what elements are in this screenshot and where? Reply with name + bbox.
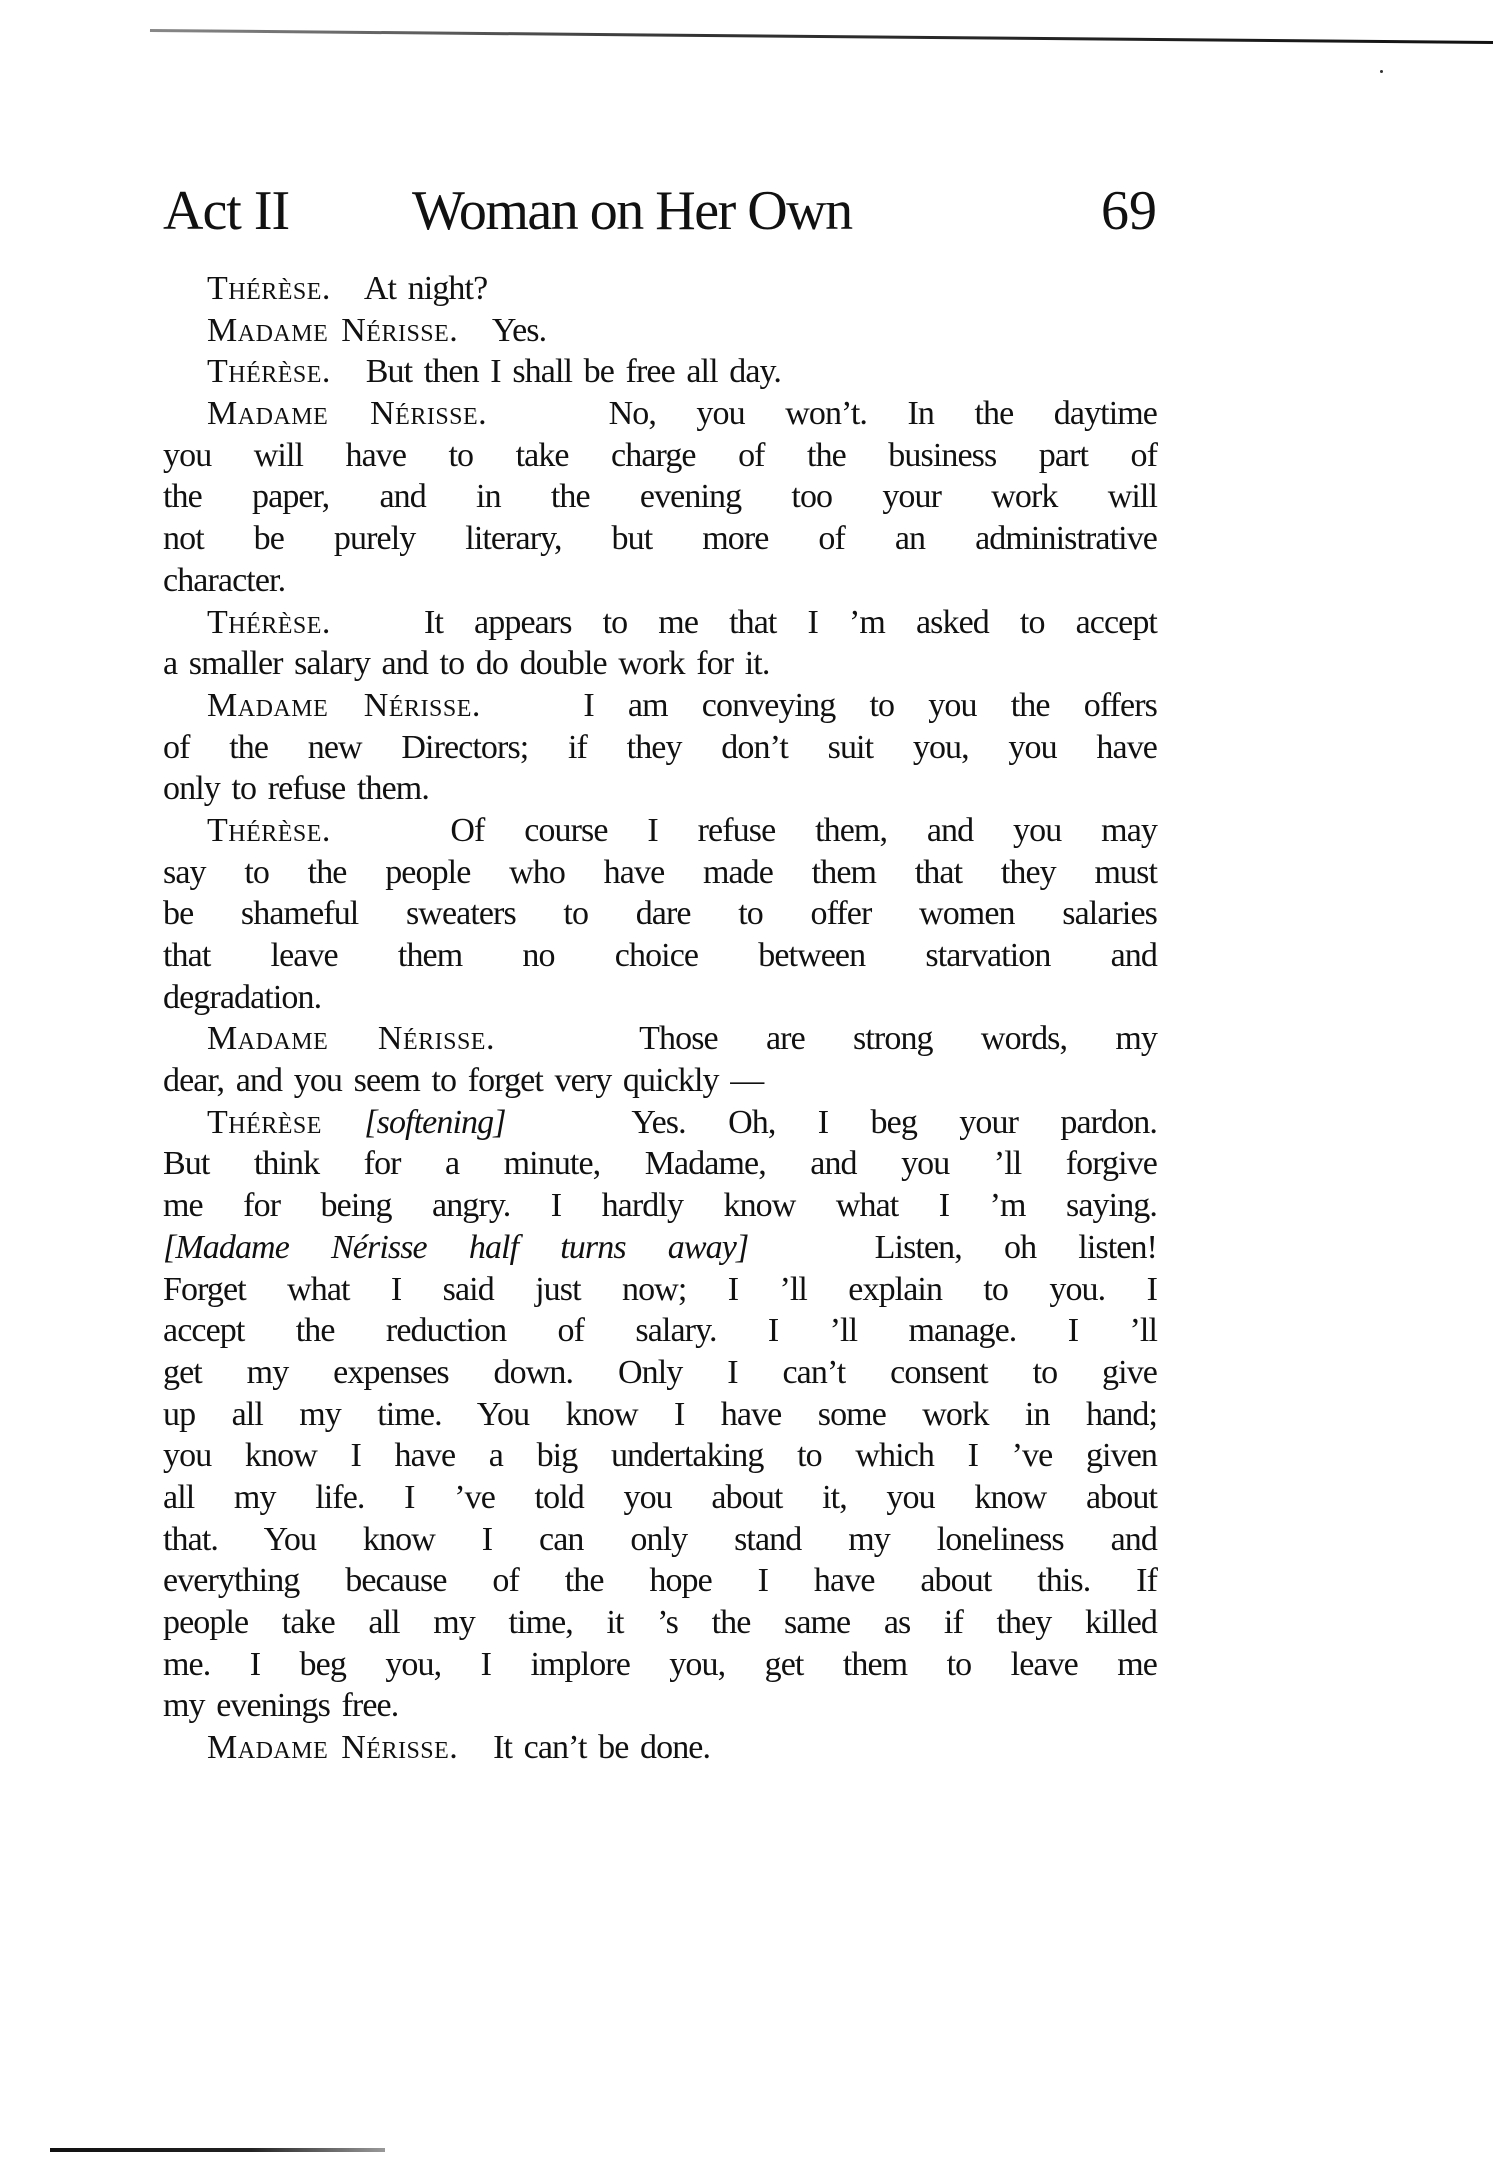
stage-direction: [Madame Nérisse half turns away] bbox=[163, 1229, 748, 1266]
dialogue-line: me for being angry. I hardly know what I… bbox=[163, 1185, 1157, 1227]
page-number: 69 bbox=[1101, 180, 1157, 242]
dialogue-line: Thérèse. At night? bbox=[163, 268, 1157, 310]
dialogue-line: Thérèse. But then I shall be free all da… bbox=[163, 351, 1157, 393]
dialogue-line: Madame Nérisse. I am conveying to you th… bbox=[163, 685, 1157, 727]
dialogue-line: you know I have a big undertaking to whi… bbox=[163, 1435, 1157, 1477]
dialogue-line: say to the people who have made them tha… bbox=[163, 852, 1157, 894]
dialogue-line: that leave them no choice between starva… bbox=[163, 935, 1157, 977]
dialogue-line: accept the reduction of salary. I ’ll ma… bbox=[163, 1310, 1157, 1352]
speaker-name: Madame Nérisse. bbox=[207, 312, 458, 349]
dialogue-line: you will have to take charge of the busi… bbox=[163, 435, 1157, 477]
dialogue-line: a smaller salary and to do double work f… bbox=[163, 643, 1157, 685]
stage-direction: [softening] bbox=[364, 1104, 505, 1141]
dialogue-line: character. bbox=[163, 560, 1157, 602]
speaker-name: Madame Nérisse. bbox=[207, 1020, 495, 1057]
dialogue-text: Thérèse. At night? Madame Nérisse. Yes. … bbox=[163, 268, 1157, 1769]
dialogue-line: people take all my time, it ’s the same … bbox=[163, 1602, 1157, 1644]
dialogue-line: my evenings free. bbox=[163, 1685, 1157, 1727]
dialogue-line: [Madame Nérisse half turns away] Listen,… bbox=[163, 1227, 1157, 1269]
dialogue-line: Forget what I said just now; I ’ll expla… bbox=[163, 1269, 1157, 1311]
dialogue-line: Thérèse. It appears to me that I ’m aske… bbox=[163, 602, 1157, 644]
scan-edge-rule-top bbox=[150, 29, 1493, 44]
speech-text: Yes. Oh, I beg your pardon. bbox=[631, 1104, 1157, 1141]
speech-text: Of course I refuse them, and you may bbox=[450, 812, 1157, 849]
dialogue-line: Thérèse [softening] Yes. Oh, I beg your … bbox=[163, 1102, 1157, 1144]
speech-text: It can’t be done. bbox=[493, 1729, 710, 1766]
dialogue-line: dear, and you seem to forget very quickl… bbox=[163, 1060, 1157, 1102]
scan-edge-rule-bottom bbox=[50, 2148, 385, 2152]
dialogue-line: only to refuse them. bbox=[163, 768, 1157, 810]
speech-text: It appears to me that I ’m asked to acce… bbox=[424, 604, 1157, 641]
speech-text: At night? bbox=[364, 270, 487, 307]
play-title: Woman on Her Own bbox=[412, 180, 852, 242]
dialogue-line: degradation. bbox=[163, 977, 1157, 1019]
running-head: Act II Woman on Her Own 69 bbox=[163, 180, 1157, 242]
speaker-name: Thérèse. bbox=[207, 604, 331, 641]
speaker-name: Thérèse. bbox=[207, 270, 331, 307]
speaker-name: Thérèse bbox=[207, 1104, 322, 1141]
speech-text: But then I shall be free all day. bbox=[366, 353, 781, 390]
act-label: Act II bbox=[163, 180, 289, 242]
speaker-name: Madame Nérisse. bbox=[207, 687, 481, 724]
dialogue-line: up all my time. You know I have some wor… bbox=[163, 1394, 1157, 1436]
dialogue-line: not be purely literary, but more of an a… bbox=[163, 518, 1157, 560]
speaker-name: Thérèse. bbox=[207, 812, 331, 849]
speech-text: I am conveying to you the offers bbox=[583, 687, 1157, 724]
dialogue-line: that. You know I can only stand my lonel… bbox=[163, 1519, 1157, 1561]
dialogue-line: But think for a minute, Madame, and you … bbox=[163, 1143, 1157, 1185]
dialogue-line: of the new Directors; if they don’t suit… bbox=[163, 727, 1157, 769]
speaker-name: Madame Nérisse. bbox=[207, 1729, 458, 1766]
dialogue-line: me. I beg you, I implore you, get them t… bbox=[163, 1644, 1157, 1686]
scan-speck bbox=[1380, 70, 1383, 73]
dialogue-line: Madame Nérisse. Those are strong words, … bbox=[163, 1018, 1157, 1060]
dialogue-line: get my expenses down. Only I can’t conse… bbox=[163, 1352, 1157, 1394]
dialogue-line: be shameful sweaters to dare to offer wo… bbox=[163, 893, 1157, 935]
speech-text: No, you won’t. In the daytime bbox=[609, 395, 1157, 432]
speech-text: Listen, oh listen! bbox=[875, 1229, 1157, 1266]
speech-text: Those are strong words, my bbox=[639, 1020, 1157, 1057]
dialogue-line: all my life. I ’ve told you about it, yo… bbox=[163, 1477, 1157, 1519]
dialogue-line: everything because of the hope I have ab… bbox=[163, 1560, 1157, 1602]
speaker-name: Thérèse. bbox=[207, 353, 331, 390]
dialogue-line: the paper, and in the evening too your w… bbox=[163, 476, 1157, 518]
speaker-name: Madame Nérisse. bbox=[207, 395, 487, 432]
dialogue-line: Madame Nérisse. Yes. bbox=[163, 310, 1157, 352]
speech-text: Yes. bbox=[492, 312, 546, 349]
dialogue-line: Thérèse. Of course I refuse them, and yo… bbox=[163, 810, 1157, 852]
dialogue-line: Madame Nérisse. No, you won’t. In the da… bbox=[163, 393, 1157, 435]
dialogue-line: Madame Nérisse. It can’t be done. bbox=[163, 1727, 1157, 1769]
